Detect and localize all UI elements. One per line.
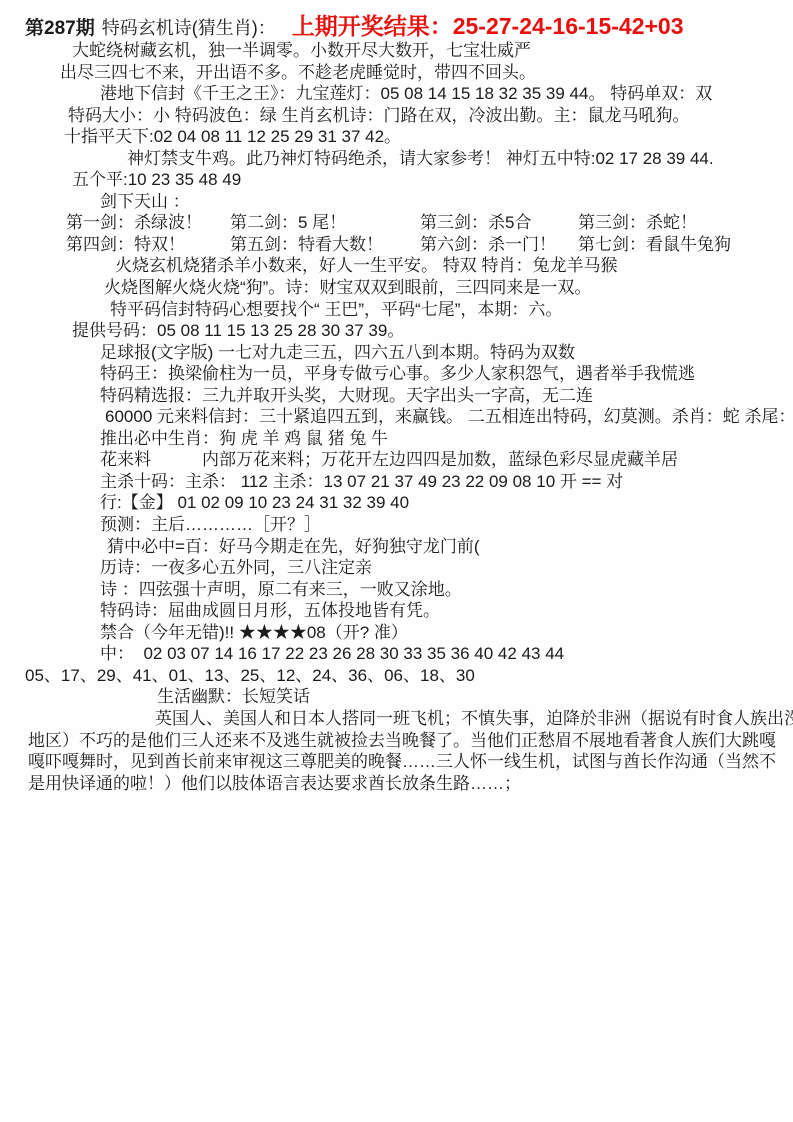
- poem-line: 诗 ：四弦强十声明，原二有来三，一败又涂地。: [0, 579, 793, 601]
- numbers-line: 十指平天下:02 04 08 11 12 25 29 31 37 42。: [0, 126, 793, 148]
- lamp-tip-line: 神灯禁支牛鸡。此乃神灯特码绝杀，请大家参考！ 神灯五中特:02 17 28 39…: [0, 148, 793, 170]
- forecast-line: 预测：主后…………［开？］: [0, 514, 793, 536]
- zodiac-picks-line: 推出必中生肖：狗 虎 羊 鸡 鼠 猪 兔 牛: [0, 428, 793, 450]
- sword-section-title: 剑下天山 ：: [0, 191, 793, 213]
- sword-cell: 第七剑：看鼠牛兔狗: [578, 234, 793, 256]
- provided-numbers-line: 提供号码：05 08 11 15 13 25 28 30 37 39。: [0, 320, 793, 342]
- joke-paragraph-line: 地区）不巧的是他们三人还来不及逃生就被捡去当晚餐了。当他们正愁眉不展地看著食人族…: [0, 730, 793, 752]
- last-result-label: 上期开奖结果：: [292, 8, 453, 40]
- joke-paragraph-line: 嘎吓嘎舞时，见到酋长前来审视这三尊肥美的晚餐……三人怀一线生机，试图与酋长作沟通…: [0, 751, 793, 773]
- hit-numbers-line: 中： 02 03 07 14 16 17 22 23 26 28 30 33 3…: [0, 643, 793, 665]
- tip-sheet-page: 第287期 特码玄机诗(猜生肖)： 上期开奖结果： 25-27-24-16-15…: [0, 0, 793, 1122]
- hit-numbers-line-2: 05、17、29、41、01、13、25、12、24、36、06、18、30: [0, 665, 793, 687]
- poem-line: 大蛇绕树藏玄机，独一半调零。小数开尽大数开，七宝壮威严: [0, 40, 793, 62]
- calendar-poem-line: 历诗：一夜多心五外同，三八注定亲: [0, 557, 793, 579]
- document-header: 第287期 特码玄机诗(猜生肖)： 上期开奖结果： 25-27-24-16-15…: [0, 8, 793, 40]
- sword-row: 第一剑：杀绿波！ 第二剑：5 尾！ 第三剑：杀5合 第三剑：杀蛇！: [0, 212, 793, 234]
- sword-cell: 第三剑：杀蛇！: [578, 212, 793, 234]
- guess-hit-line: 猜中必中=百：好马今期走在先，好狗独守龙门前(: [0, 536, 793, 558]
- sword-cell: 第六剑：杀一门！: [420, 234, 578, 256]
- page-title: 特码玄机诗(猜生肖)：: [102, 14, 276, 40]
- fire-tip-line: 火烧玄机烧猪杀羊小数来，好人一生平安。 特双 特肖：兔龙羊马猴: [0, 255, 793, 277]
- football-report-line: 足球报(文字版) 一七对九走三五，四六五八到本期。特码为双数: [0, 342, 793, 364]
- gold-row-line: 行:【金】 01 02 09 10 23 24 31 32 39 40: [0, 492, 793, 514]
- code-king-line: 特码王：换梁偷柱为一员，平身专做亏心事。多少人家积怨气，遇者举手我慌逃: [0, 363, 793, 385]
- last-result-numbers: 25-27-24-16-15-42+03: [453, 13, 684, 40]
- fire-diagram-line: 火烧图解火烧火烧“狗”。诗：财宝双双到眼前，三四同来是一双。: [0, 277, 793, 299]
- sword-cell: 第一剑：杀绿波！: [66, 212, 230, 234]
- envelope-60000-line: 60000 元来料信封：三十紧追四五到，来赢钱。 二五相连出特码，幻莫测。杀肖：…: [0, 406, 793, 428]
- sword-row: 第四剑：特双！ 第五剑：特看大数！ 第六剑：杀一门！ 第七剑：看鼠牛兔狗: [0, 234, 793, 256]
- flower-tip-line: 花来料 内部万花来料；万花开左边四四是加数，蓝绿色彩尽显虎藏羊居: [0, 449, 793, 471]
- code-poem-line: 特码诗：屈曲成圆日月形，五体投地皆有凭。: [0, 600, 793, 622]
- joke-paragraph-line: 是用快译通的啦！）他们以肢体语言表达要求酋长放条生路……；: [0, 773, 793, 795]
- poem-line: 出尽三四七不来，开出语不多。不趁老虎睡觉时，带四不回头。: [0, 62, 793, 84]
- selected-report-line: 特码精选报：三九并取开头奖，大财现。天字出头一字高，无二连: [0, 385, 793, 407]
- size-wave-line: 特码大小：小 特码波色：绿 生肖玄机诗：门路在双，冷波出勤。主：鼠龙马吼狗。: [0, 105, 793, 127]
- joke-paragraph-line: 英国人、美国人和日本人搭同一班飞机；不慎失事，迫降於非洲（据说有时食人族出没的: [0, 708, 793, 730]
- forbidden-combo-line: 禁合（今年无错)!! ★★★★08（开? 准）: [0, 622, 793, 644]
- sword-cell: 第五剑：特看大数！: [230, 234, 420, 256]
- sword-cell: 第三剑：杀5合: [420, 212, 578, 234]
- flat-numbers-line: 五个平:10 23 35 48 49: [0, 169, 793, 191]
- envelope-tip-line: 港地下信封《千王之王》：九宝莲灯：05 08 14 15 18 32 35 39…: [0, 83, 793, 105]
- document-body: 第287期 特码玄机诗(猜生肖)： 上期开奖结果： 25-27-24-16-15…: [0, 0, 793, 794]
- sword-cell: 第二剑：5 尾！: [230, 212, 420, 234]
- sword-cell: 第四剑：特双！: [66, 234, 230, 256]
- issue-number: 第287期: [25, 13, 95, 40]
- kill-ten-line: 主杀十码：主杀： 112 主杀：13 07 21 37 49 23 22 09 …: [0, 471, 793, 493]
- humor-section-title: 生活幽默：长短笑话: [0, 686, 793, 708]
- envelope-code-line: 特平码信封特码心想要找个“ 王巴”，平码“七尾”，本期：六。: [0, 299, 793, 321]
